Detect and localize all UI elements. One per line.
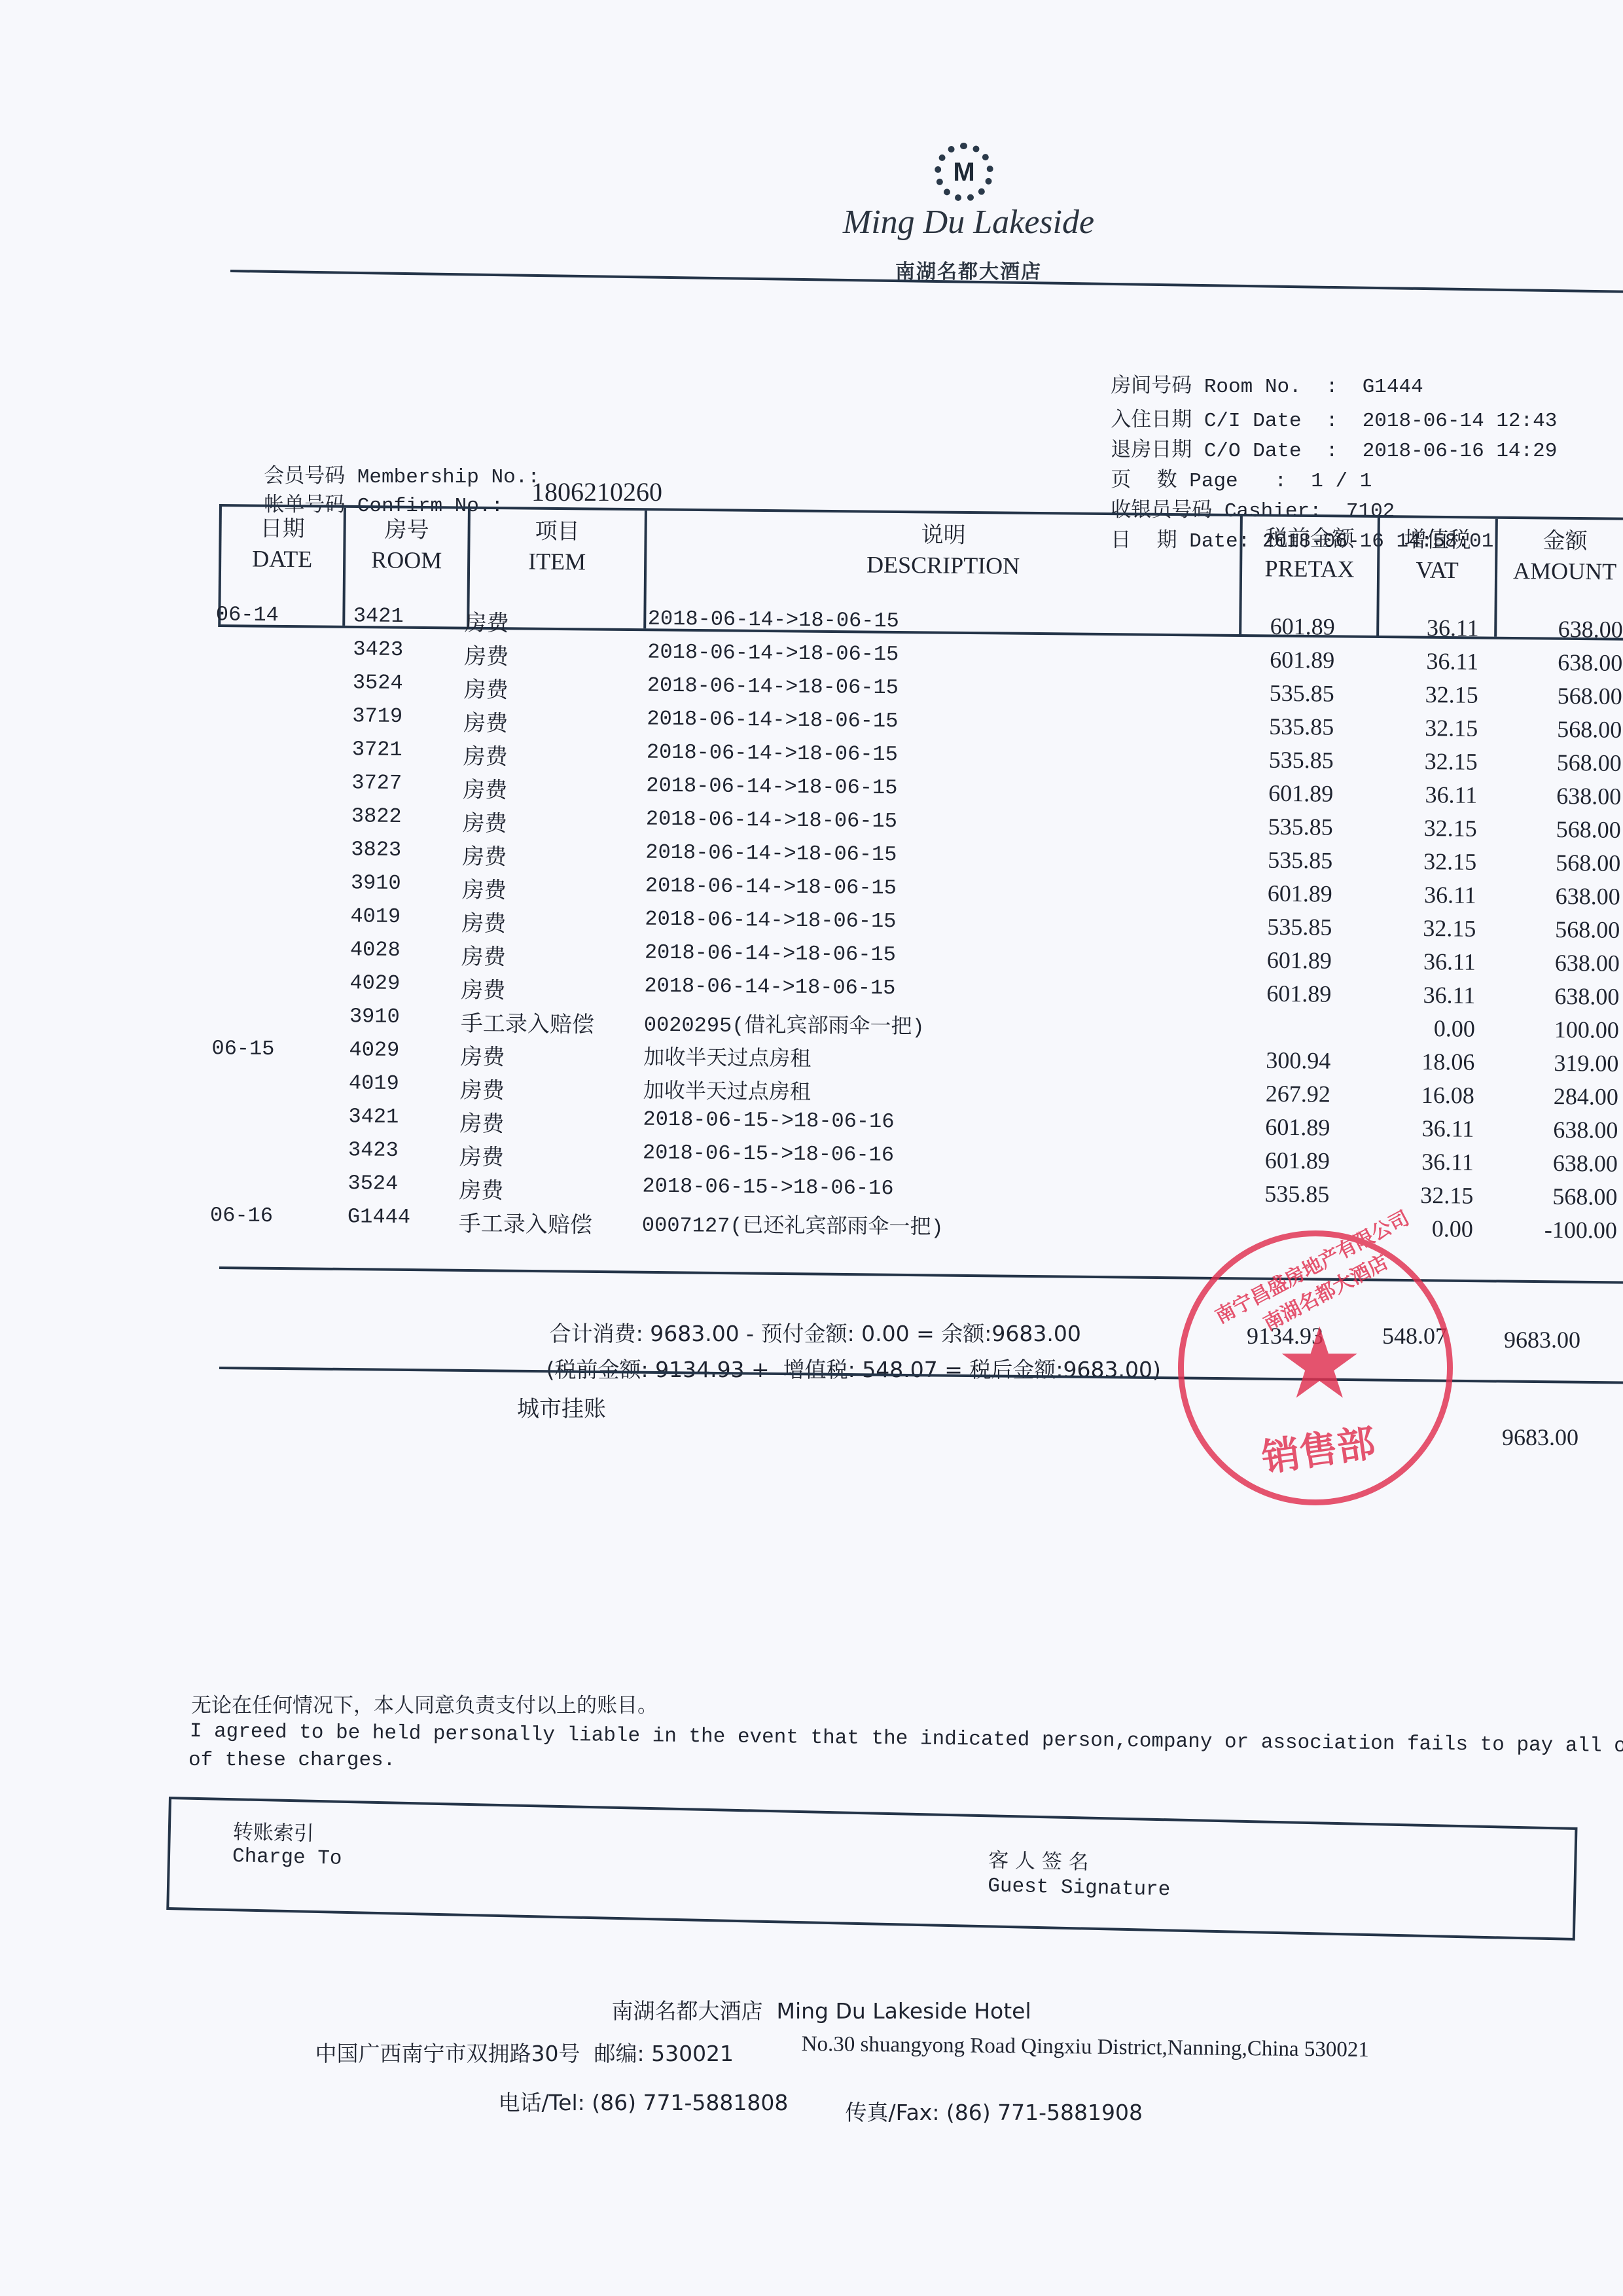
column-description-en: DESCRIPTION	[866, 552, 1020, 579]
row-vat: 36.11	[1400, 614, 1479, 642]
row-room: 3524	[348, 1171, 398, 1196]
charge-to-label: Charge To	[232, 1845, 342, 1871]
row-date: 06-16	[210, 1203, 273, 1228]
row-item: 房费	[463, 705, 508, 738]
row-item: 房费	[459, 1105, 504, 1138]
row-item: 房费	[460, 1072, 505, 1105]
row-pretax: 535.85	[1236, 679, 1334, 707]
row-item: 房费	[461, 939, 506, 971]
footer-address-en: No.30 shuangyong Road Qingxiu District,N…	[802, 2032, 1369, 2062]
column-description-cn: 说明	[647, 517, 1240, 553]
disclaimer-cn: 无论在任何情况下，本人同意负责支付以上的账目。	[191, 1689, 658, 1718]
column-item-en: ITEM	[528, 548, 586, 575]
row-pretax: 601.89	[1235, 779, 1333, 807]
row-description: 2018-06-15->18-06-16	[643, 1141, 894, 1168]
row-pretax: 601.89	[1236, 645, 1334, 673]
row-description: 加收半天过点房租	[643, 1041, 811, 1072]
row-vat: 36.11	[1398, 881, 1476, 909]
row-description: 0020295(借礼宾部雨伞一把)	[644, 1007, 925, 1040]
row-vat: 32.15	[1399, 714, 1478, 742]
row-pretax: 300.94	[1232, 1046, 1330, 1074]
row-item: 房费	[462, 872, 507, 905]
row-room: 4029	[349, 1037, 399, 1062]
row-date: 06-15	[211, 1036, 274, 1061]
column-amount-cn: 金额	[1497, 526, 1623, 557]
row-item: 房费	[463, 738, 508, 771]
star-icon: ★	[1275, 1315, 1363, 1413]
footer-address-cn: 中国广西南宁市双拥路30号 邮编: 530021	[304, 2013, 734, 2068]
row-description: 2018-06-14->18-06-15	[646, 774, 897, 800]
row-item: 房费	[464, 672, 508, 704]
row-vat: 36.11	[1397, 981, 1475, 1009]
footer-fax-text: 传真/Fax: (86) 771-5881908	[846, 2100, 1143, 2125]
payment-amount: 9683.00	[1502, 1424, 1578, 1451]
row-pretax: 535.85	[1234, 912, 1332, 941]
row-amount: 638.00	[1503, 781, 1621, 810]
seal-department: 销售部	[1233, 1408, 1402, 1486]
row-room: 3421	[348, 1104, 399, 1129]
checkout-value: 2018-06-16 14:29	[1363, 440, 1558, 463]
row-vat: 32.15	[1398, 848, 1476, 876]
footer-tel: 电话/Tel: (86) 771-5881808	[488, 2062, 788, 2117]
hotel-logo-emblem: M	[935, 143, 993, 202]
confirm-value: 1806210260	[531, 476, 662, 507]
column-date-en: DATE	[252, 545, 312, 572]
row-room: 3423	[353, 637, 403, 662]
charges-table-body: 06-143421房费2018-06-14->18-06-15601.8936.…	[190, 602, 1623, 1250]
company-seal-stamp: 南宁昌盛房地产有限公司南湖名都大酒店 ★ 销售部	[1178, 1230, 1453, 1505]
row-room: 3719	[352, 704, 402, 728]
row-description: 2018-06-15->18-06-16	[642, 1174, 893, 1201]
row-amount: 568.00	[1503, 815, 1621, 844]
total-amount: 9683.00	[1504, 1326, 1580, 1354]
column-item-cn: 项目	[470, 516, 644, 548]
row-pretax: 535.85	[1236, 712, 1334, 740]
row-amount: 638.00	[1503, 882, 1620, 910]
column-room-en: ROOM	[371, 547, 442, 573]
footer-fax: 传真/Fax: (86) 771-5881908	[834, 2072, 1143, 2126]
row-pretax: 601.89	[1234, 879, 1332, 907]
row-pretax: 535.85	[1231, 1179, 1329, 1208]
row-amount: 638.00	[1505, 648, 1622, 677]
row-amount: 638.00	[1505, 615, 1623, 643]
row-vat: 36.11	[1400, 647, 1478, 675]
row-pretax: 601.89	[1233, 979, 1331, 1007]
row-room: 4028	[350, 937, 401, 962]
row-room: 3823	[351, 837, 401, 862]
row-description: 0007127(已还礼宾部雨伞一把)	[642, 1208, 944, 1240]
row-vat: 36.11	[1395, 1115, 1474, 1143]
signature-box: 转账索引 Charge To 客 人 签 名 Guest Signature	[166, 1797, 1577, 1941]
row-vat: 0.00	[1397, 1014, 1475, 1043]
row-room: 3910	[351, 870, 401, 895]
row-description: 2018-06-14->18-06-15	[645, 907, 896, 934]
row-item: 房费	[465, 605, 509, 637]
row-amount: 638.00	[1501, 982, 1619, 1011]
row-amount: 638.00	[1500, 1115, 1618, 1144]
row-vat: 18.06	[1396, 1048, 1474, 1076]
row-description: 2018-06-14->18-06-15	[648, 607, 899, 634]
column-pretax-cn: 税前金额	[1242, 523, 1377, 554]
column-date-cn: 日期	[221, 513, 343, 545]
row-item: 手工录入赔偿	[459, 1206, 592, 1239]
column-amount-en: AMOUNT	[1513, 558, 1616, 585]
guest-signature-label: Guest Signature	[988, 1874, 1171, 1901]
row-amount: 568.00	[1499, 1182, 1617, 1211]
row-room: 3910	[349, 1004, 400, 1029]
row-item: 手工录入赔偿	[461, 1005, 594, 1039]
charge-to-label-cn: 转账索引	[232, 1815, 314, 1846]
row-description: 2018-06-14->18-06-15	[645, 874, 897, 901]
row-item: 房费	[463, 805, 507, 838]
hotel-script-name: Ming Du Lakeside	[838, 203, 1099, 242]
row-pretax: 601.89	[1237, 612, 1335, 640]
guest-signature-label-cn: 客 人 签 名	[988, 1843, 1090, 1874]
row-pretax: 267.92	[1232, 1079, 1330, 1107]
row-pretax: 535.85	[1234, 846, 1332, 874]
row-pretax: 535.85	[1235, 812, 1333, 840]
row-vat: 36.11	[1399, 781, 1477, 809]
row-amount: 568.00	[1505, 681, 1622, 710]
column-pretax-en: PRETAX	[1264, 555, 1355, 582]
row-description: 2018-06-14->18-06-15	[644, 974, 895, 1001]
row-vat: 32.15	[1399, 814, 1477, 842]
summary-tax-text: (税前金额: 9134.93 + 增值税: 548.07 = 税后金额:9683…	[546, 1357, 1161, 1382]
footer-tel-text: 电话/Tel: (86) 771-5881808	[499, 2090, 789, 2115]
row-amount: 568.00	[1503, 848, 1620, 877]
row-description: 2018-06-14->18-06-15	[647, 673, 899, 700]
row-date: 06-14	[216, 602, 279, 627]
row-pretax: 601.89	[1232, 1113, 1330, 1141]
column-vat-en: VAT	[1416, 557, 1459, 584]
row-vat: 16.08	[1396, 1081, 1474, 1109]
row-amount: 319.00	[1501, 1049, 1618, 1077]
row-room: 4019	[350, 904, 401, 929]
row-item: 房费	[459, 1172, 503, 1205]
row-amount: 568.00	[1502, 915, 1620, 944]
row-description: 2018-06-14->18-06-15	[647, 707, 898, 734]
row-pretax: 601.89	[1234, 946, 1332, 974]
row-description: 2018-06-14->18-06-15	[645, 941, 896, 967]
row-room: 3524	[353, 670, 403, 695]
row-amount: 638.00	[1500, 1149, 1618, 1177]
row-item: 房费	[461, 972, 505, 1005]
row-pretax: 535.85	[1236, 745, 1334, 774]
row-amount: 568.00	[1504, 715, 1622, 744]
row-vat: 36.11	[1397, 948, 1476, 976]
row-room: G1444	[348, 1204, 410, 1229]
row-vat: 32.15	[1400, 681, 1478, 709]
row-item: 房费	[460, 1039, 505, 1071]
row-room: 3822	[351, 804, 402, 829]
row-vat: 36.11	[1395, 1148, 1474, 1176]
logo-letter: M	[953, 158, 974, 187]
row-description: 2018-06-14->18-06-15	[647, 640, 899, 667]
row-pretax: 601.89	[1232, 1146, 1330, 1174]
row-vat: 32.15	[1399, 747, 1478, 776]
row-amount: -100.00	[1499, 1215, 1617, 1244]
row-item: 房费	[462, 838, 507, 871]
row-description: 加收半天过点房租	[643, 1074, 811, 1105]
row-description: 2018-06-14->18-06-15	[647, 740, 898, 767]
disclaimer-en-line1: I agreed to be held personally liable in…	[190, 1720, 1623, 1759]
row-room: 3421	[353, 603, 404, 628]
row-room: 3721	[352, 737, 402, 762]
disclaimer-en-line2: of these charges.	[188, 1749, 395, 1772]
column-room-cn: 房号	[346, 514, 467, 546]
row-amount: 284.00	[1501, 1082, 1618, 1111]
row-item: 房费	[461, 905, 506, 938]
row-item: 房费	[459, 1139, 504, 1172]
row-room: 3727	[351, 770, 402, 795]
row-item: 房费	[464, 638, 508, 671]
row-description: 2018-06-14->18-06-15	[646, 807, 897, 834]
row-description: 2018-06-14->18-06-15	[645, 840, 897, 867]
row-room: 4029	[349, 971, 400, 996]
column-vat-cn: 增值税	[1380, 524, 1495, 556]
row-amount: 638.00	[1502, 948, 1620, 977]
row-room: 3423	[348, 1138, 399, 1162]
row-vat: 32.15	[1397, 914, 1476, 942]
row-room: 4019	[349, 1071, 399, 1096]
payment-method: 城市挂账	[517, 1391, 606, 1423]
row-description: 2018-06-15->18-06-16	[643, 1107, 894, 1134]
row-amount: 100.00	[1501, 1015, 1619, 1044]
row-amount: 568.00	[1504, 748, 1622, 777]
row-item: 房费	[463, 772, 507, 804]
